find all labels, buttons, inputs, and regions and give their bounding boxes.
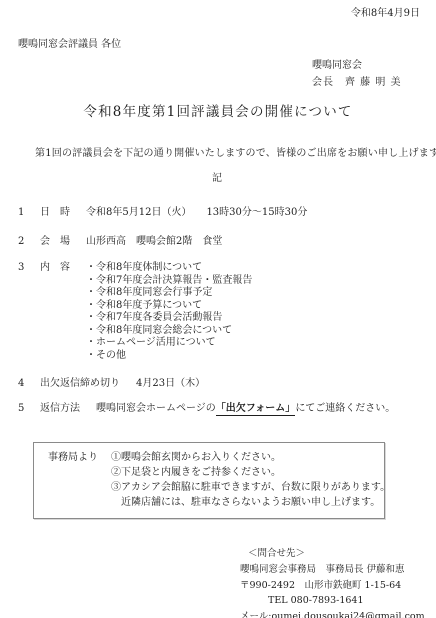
item-label: 内 容 — [40, 262, 70, 274]
notice-line: ①嚶鳴会館玄関からお入りください。 — [111, 450, 390, 465]
item-reply-method: 5 返信方法 嚶鳴同窓会ホームページの「出欠フォーム」にてご連絡ください。 — [0, 403, 436, 415]
item-label: 出欠返信締め切り — [40, 378, 120, 390]
item-label: 会 場 — [40, 236, 70, 248]
reply-method-suffix: にてご連絡ください。 — [295, 403, 395, 414]
item-datetime: 1 日 時 令和8年5月12日（火） 13時30分～15時30分 — [0, 207, 436, 219]
item-agenda: 3 内 容 ・令和8年度体制について ・令和7年度会計決算報告・監査報告 ・令和… — [0, 262, 436, 362]
contact-phone: TEL 080-7893-1641 — [240, 593, 436, 609]
item-value: 山形西高 嚶鳴会館2階 食堂 — [86, 236, 222, 248]
agenda-item: ・令和8年度同窓会行事予定 — [86, 287, 252, 300]
item-venue: 2 会 場 山形西高 嚶鳴会館2階 食堂 — [0, 236, 436, 248]
intro-text: 第1回の評議員会を下記の通り開催いたしますので、皆様のご出席をお願い申し上げます… — [0, 148, 436, 160]
item-number: 3 — [18, 262, 40, 274]
addressee: 嚶鳴同窓会評議員 各位 — [0, 39, 436, 51]
item-label: 日 時 — [40, 207, 70, 219]
contact-block: ＜問合せ先＞ 嚶鳴同窓会事務局 事務局長 伊藤和恵 〒990-2492 山形市鉄… — [0, 546, 436, 618]
item-number: 4 — [18, 378, 40, 390]
attendance-form-link[interactable]: 「出欠フォーム」 — [216, 403, 296, 416]
contact-address: 〒990-2492 山形市鉄砲町 1-15-64 — [240, 578, 436, 594]
agenda-item: ・令和7年度会計決算報告・監査報告 — [86, 275, 252, 288]
contact-email: メール:oumei.dousoukai24@gmail.com — [240, 609, 436, 618]
agenda-item: ・その他 — [86, 350, 252, 363]
office-notice-box: 事務局より ①嚶鳴会館玄関からお入りください。 ②下足袋と内履きをご持参ください… — [33, 442, 385, 519]
item-label: 返信方法 — [40, 403, 80, 415]
contact-office: 嚶鳴同窓会事務局 事務局長 伊藤和恵 — [240, 562, 436, 578]
document-date: 令和8年4月9日 — [0, 0, 436, 20]
item-number: 2 — [18, 236, 40, 248]
item-value: 令和8年5月12日（火） 13時30分～15時30分 — [86, 207, 307, 219]
sender-person: 会長 齊 藤 明 美 — [312, 74, 436, 91]
agenda-item: ・令和7年度各委員会活動報告 — [86, 312, 252, 325]
item-value: 4月23日（木） — [136, 378, 205, 390]
item-number: 1 — [18, 207, 40, 219]
agenda-list: ・令和8年度体制について ・令和7年度会計決算報告・監査報告 ・令和8年度同窓会… — [86, 262, 252, 362]
agenda-item: ・ホームページ活用について — [86, 337, 252, 350]
sender-organization: 嚶鳴同窓会 — [312, 57, 436, 74]
notice-line: ②下足袋と内履きをご持参ください。 — [111, 465, 390, 480]
agenda-item: ・令和8年度同窓会総会について — [86, 325, 252, 338]
contact-heading: ＜問合せ先＞ — [240, 546, 436, 562]
item-number: 5 — [18, 403, 40, 415]
notice-lines: ①嚶鳴会館玄関からお入りください。 ②下足袋と内履きをご持参ください。 ③アカシ… — [111, 450, 390, 510]
notice-label: 事務局より — [48, 450, 98, 510]
reply-method-prefix: 嚶鳴同窓会ホームページの — [96, 403, 216, 414]
item-reply-deadline: 4 出欠返信締め切り 4月23日（木） — [0, 378, 436, 390]
agenda-item: ・令和8年度体制について — [86, 262, 252, 275]
sender-block: 嚶鳴同窓会 会長 齊 藤 明 美 — [0, 57, 436, 91]
notice-line: ③アカシア会館脇に駐車できますが、台数に限りがあります。 — [111, 480, 390, 495]
notice-line: 近隣店舗には、駐車なさらないようお願い申し上げます。 — [111, 495, 390, 510]
document-title: 令和8年度第1回評議員会の開催について — [0, 104, 436, 120]
agenda-item: ・令和8年度予算について — [86, 300, 252, 313]
document-page: 令和8年4月9日 嚶鳴同窓会評議員 各位 嚶鳴同窓会 会長 齊 藤 明 美 令和… — [0, 0, 436, 618]
item-value: 嚶鳴同窓会ホームページの「出欠フォーム」にてご連絡ください。 — [96, 403, 395, 415]
record-mark: 記 — [0, 173, 436, 185]
